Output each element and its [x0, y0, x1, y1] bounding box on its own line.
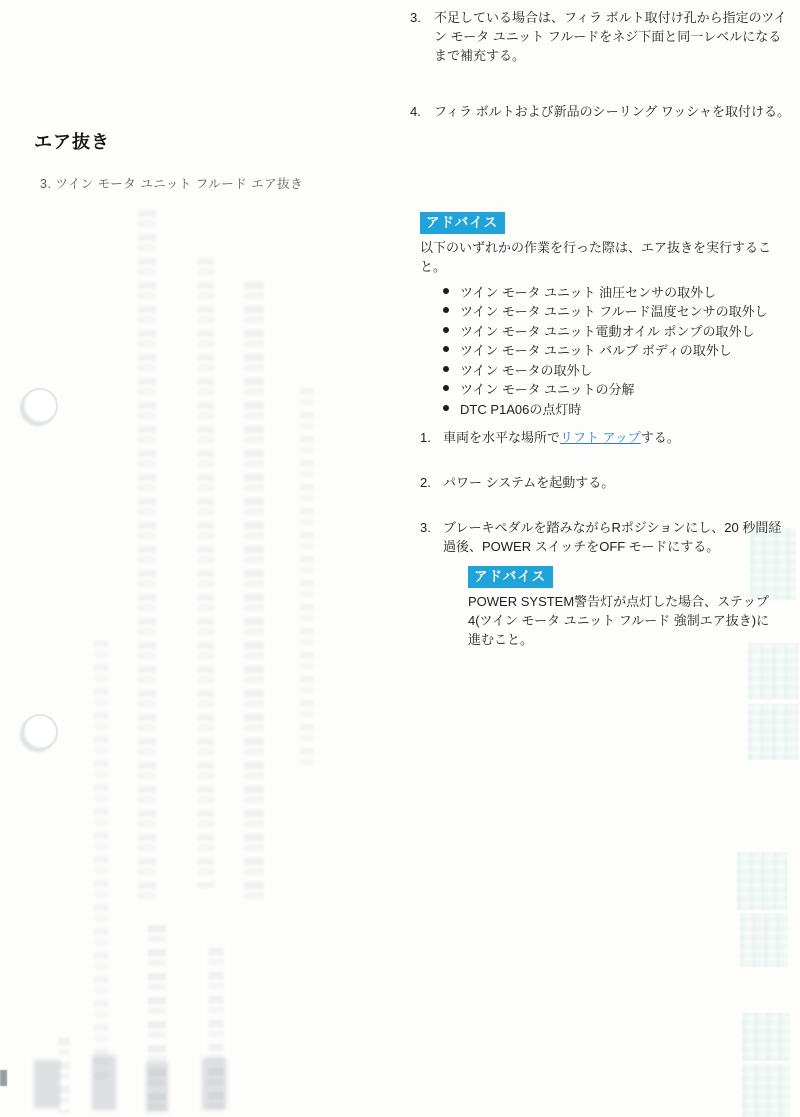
advice-intro-text: 以下のいずれかの作業を行った際は、エア抜きを実行すること。: [420, 238, 776, 276]
step-text-suffix: する。: [641, 430, 680, 445]
step-1: 1. 車両を水平な場所でリフト アップする。: [420, 428, 792, 447]
scan-smudge: [34, 1060, 60, 1108]
item-text: 不足している場合は、フィラ ボルト取付け孔から指定のツイン モータ ユニット フ…: [434, 8, 794, 65]
item-number: 3.: [410, 8, 434, 65]
bullet-icon: [443, 405, 449, 411]
advice-badge: アドバイス: [420, 212, 505, 234]
bullet-text: ツイン モータ ユニット 油圧センサの取外し: [460, 283, 716, 303]
procedure-steps: 1. 車両を水平な場所でリフト アップする。 2. パワー システムを起動する。…: [420, 428, 792, 556]
advice-note: アドバイス POWER SYSTEM警告灯が点灯した場合、ステップ4(ツイン モ…: [468, 566, 772, 649]
bullet-item: ツイン モータの取外し: [443, 361, 792, 381]
bleed-through-column: [244, 282, 264, 902]
step-text: ブレーキペダルを踏みながらRポジションにし、20 秒間経過後、POWER スイッ…: [443, 518, 792, 556]
advice-badge: アドバイス: [468, 566, 553, 588]
bullet-icon: [443, 307, 449, 313]
bleed-through-patch: [742, 1013, 790, 1061]
item-text: フィラ ボルトおよび新品のシーリング ワッシャを取付ける。: [434, 102, 794, 121]
step-text-prefix: 車両を水平な場所で: [443, 430, 560, 445]
bleed-through-column: [208, 948, 224, 1108]
bullet-item: ツイン モータ ユニット 油圧センサの取外し: [443, 283, 792, 303]
punch-hole: [22, 388, 58, 424]
advice-note-text: POWER SYSTEM警告灯が点灯した場合、ステップ4(ツイン モータ ユニッ…: [468, 592, 772, 649]
bleed-through-column: [94, 640, 108, 1080]
procedure-column: アドバイス 以下のいずれかの作業を行った際は、エア抜きを実行すること。 ツイン …: [420, 212, 792, 649]
bullet-text: DTC P1A06の点灯時: [460, 400, 581, 420]
bleed-through-patch: [748, 704, 798, 760]
step-number: 2.: [420, 473, 443, 492]
bullet-text: ツイン モータの取外し: [460, 361, 592, 381]
bullet-text: ツイン モータ ユニットの分解: [460, 380, 635, 400]
bullet-item: ツイン モータ ユニット電動オイル ポンプの取外し: [443, 322, 792, 342]
scan-smudge: [146, 1062, 168, 1112]
bullet-text: ツイン モータ ユニット電動オイル ポンプの取外し: [460, 322, 755, 342]
step-text: 車両を水平な場所でリフト アップする。: [443, 428, 792, 447]
bullet-icon: [443, 288, 449, 294]
list-item: 3. 不足している場合は、フィラ ボルト取付け孔から指定のツイン モータ ユニッ…: [410, 8, 794, 65]
advice-bullet-list: ツイン モータ ユニット 油圧センサの取外し ツイン モータ ユニット フルード…: [420, 283, 792, 420]
bullet-item: ツイン モータ ユニット バルブ ボディの取外し: [443, 341, 792, 361]
bullet-text: ツイン モータ ユニット バルブ ボディの取外し: [460, 341, 732, 361]
bullet-text: ツイン モータ ユニット フルード温度センサの取外し: [460, 302, 768, 322]
bleed-through-patch: [742, 1064, 790, 1117]
scanned-page: 3. 不足している場合は、フィラ ボルト取付け孔から指定のツイン モータ ユニッ…: [0, 0, 800, 1117]
scan-smudge: [92, 1055, 116, 1110]
bullet-item: ツイン モータ ユニットの分解: [443, 380, 792, 400]
bullet-icon: [443, 346, 449, 352]
bleed-through-patch: [748, 643, 798, 699]
bleed-through-column: [148, 925, 166, 1110]
bleed-through-patch: [737, 852, 787, 910]
bullet-icon: [443, 385, 449, 391]
step-number: 3.: [420, 518, 443, 556]
bullet-icon: [443, 327, 449, 333]
scan-edge-mark: [0, 1070, 7, 1086]
punch-hole: [22, 714, 58, 750]
top-numbered-list: 3. 不足している場合は、フィラ ボルト取付け孔から指定のツイン モータ ユニッ…: [410, 8, 794, 121]
step-number: 1.: [420, 428, 443, 447]
scan-smudge: [202, 1058, 226, 1110]
step-2: 2. パワー システムを起動する。: [420, 473, 792, 492]
item-number: 4.: [410, 102, 434, 121]
bleed-through-patch: [740, 913, 788, 967]
lift-up-link[interactable]: リフト アップ: [560, 430, 641, 445]
bleed-through-column: [58, 1038, 70, 1113]
bullet-item: DTC P1A06の点灯時: [443, 400, 792, 420]
section-subheading: 3. ツイン モータ ユニット フルード エア抜き: [40, 174, 303, 192]
bullet-item: ツイン モータ ユニット フルード温度センサの取外し: [443, 302, 792, 322]
section-heading: エア抜き: [34, 128, 110, 154]
step-text: パワー システムを起動する。: [443, 473, 792, 492]
bullet-icon: [443, 366, 449, 372]
step-3: 3. ブレーキペダルを踏みながらRポジションにし、20 秒間経過後、POWER …: [420, 518, 792, 556]
list-item: 4. フィラ ボルトおよび新品のシーリング ワッシャを取付ける。: [410, 102, 794, 121]
bleed-through-column: [198, 258, 214, 888]
bleed-through-column: [138, 210, 156, 900]
bleed-through-column: [300, 388, 314, 768]
